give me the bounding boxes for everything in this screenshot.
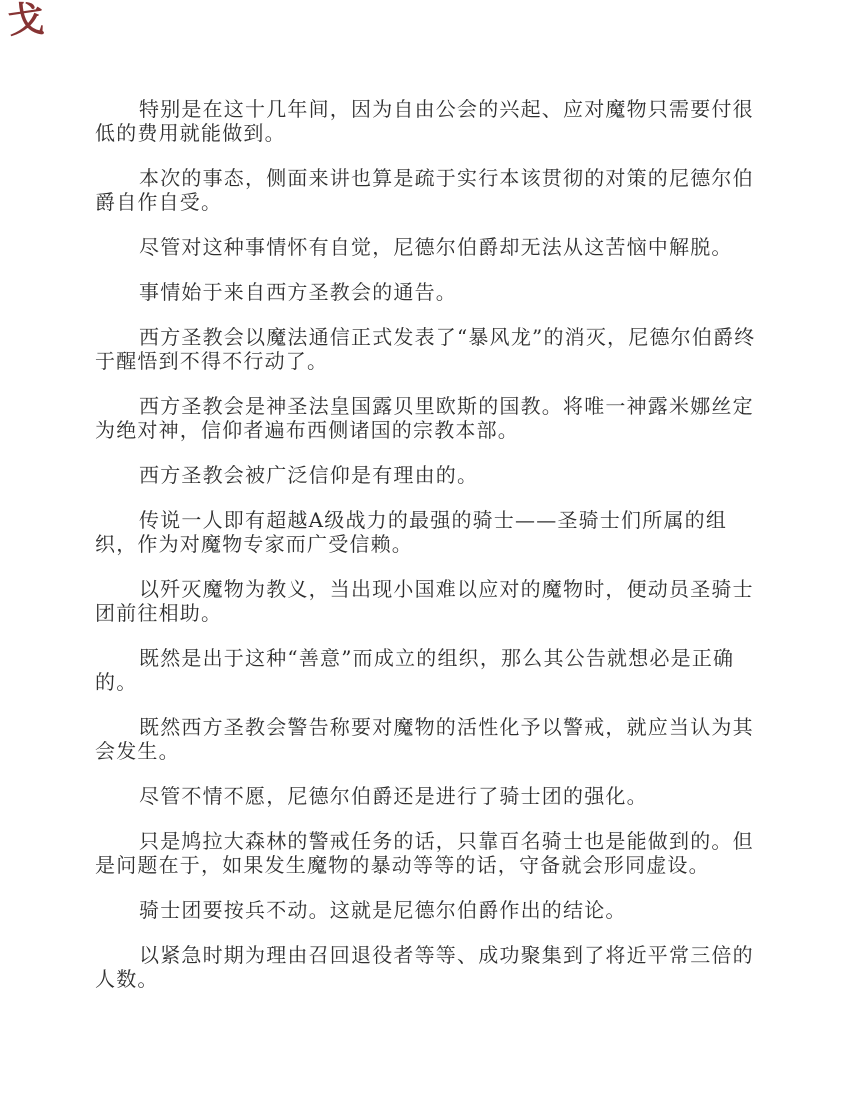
paragraph: 尽管不情不愿，尼德尔伯爵还是进行了骑士团的强化。 <box>95 784 785 808</box>
paragraph-line: 骑士团要按兵不动。这就是尼德尔伯爵作出的结论。 <box>95 898 785 922</box>
paragraph-line: 以歼灭魔物为教义，当出现小国难以应对的魔物时，便动员圣骑士 <box>95 577 785 601</box>
paragraph: 骑士团要按兵不动。这就是尼德尔伯爵作出的结论。 <box>95 898 785 922</box>
paragraph: 西方圣教会以魔法通信正式发表了“暴风龙”的消灭，尼德尔伯爵终 于醒悟到不得不行动… <box>95 325 785 373</box>
paragraph-line: 为绝对神，信仰者遍布西侧诸国的宗教本部。 <box>95 418 785 442</box>
paragraph-line: 团前往相助。 <box>95 601 785 625</box>
paragraph-line: 于醒悟到不得不行动了。 <box>95 349 785 373</box>
paragraph-line: 西方圣教会以魔法通信正式发表了“暴风龙”的消灭，尼德尔伯爵终 <box>95 325 785 349</box>
paragraph: 事情始于来自西方圣教会的通告。 <box>95 280 785 304</box>
paragraph: 既然是出于这种“善意”而成立的组织，那么其公告就想必是正确 的。 <box>95 646 785 694</box>
paragraph: 西方圣教会是神圣法皇国露贝里欧斯的国教。将唯一神露米娜丝定 为绝对神，信仰者遍布… <box>95 394 785 442</box>
paragraph-line: 本次的事态，侧面来讲也算是疏于实行本该贯彻的对策的尼德尔伯 <box>95 166 785 190</box>
paragraph: 既然西方圣教会警告称要对魔物的活性化予以警戒，就应当认为其 会发生。 <box>95 715 785 763</box>
paragraph: 以紧急时期为理由召回退役者等等、成功聚集到了将近平常三倍的 人数。 <box>95 943 785 991</box>
paragraph: 本次的事态，侧面来讲也算是疏于实行本该贯彻的对策的尼德尔伯 爵自作自受。 <box>95 166 785 214</box>
paragraph-line: 是问题在于，如果发生魔物的暴动等等的话，守备就会形同虚设。 <box>95 853 785 877</box>
paragraph-line: 爵自作自受。 <box>95 190 785 214</box>
paragraph: 特别是在这十几年间，因为自由公会的兴起、应对魔物只需要付很 低的费用就能做到。 <box>95 97 785 145</box>
paragraph-line: 尽管对这种事情怀有自觉，尼德尔伯爵却无法从这苦恼中解脱。 <box>95 235 785 259</box>
paragraph-line: 传说一人即有超越A级战力的最强的骑士——圣骑士们所属的组 <box>95 508 785 532</box>
novel-text-body: 特别是在这十几年间，因为自由公会的兴起、应对魔物只需要付很 低的费用就能做到。 … <box>95 97 785 1012</box>
novel-page: 戈 特别是在这十几年间，因为自由公会的兴起、应对魔物只需要付很 低的费用就能做到… <box>0 0 850 1100</box>
red-ink-mark: 戈 <box>7 1 45 39</box>
paragraph-line: 既然是出于这种“善意”而成立的组织，那么其公告就想必是正确 <box>95 646 785 670</box>
paragraph: 只是鸠拉大森林的警戒任务的话，只靠百名骑士也是能做到的。但 是问题在于，如果发生… <box>95 829 785 877</box>
paragraph-line: 人数。 <box>95 967 785 991</box>
paragraph-line: 低的费用就能做到。 <box>95 121 785 145</box>
paragraph: 传说一人即有超越A级战力的最强的骑士——圣骑士们所属的组 织，作为对魔物专家而广… <box>95 508 785 556</box>
paragraph-line: 会发生。 <box>95 739 785 763</box>
paragraph-line: 既然西方圣教会警告称要对魔物的活性化予以警戒，就应当认为其 <box>95 715 785 739</box>
paragraph: 西方圣教会被广泛信仰是有理由的。 <box>95 463 785 487</box>
paragraph-line: 西方圣教会被广泛信仰是有理由的。 <box>95 463 785 487</box>
paragraph-line: 特别是在这十几年间，因为自由公会的兴起、应对魔物只需要付很 <box>95 97 785 121</box>
paragraph-line: 尽管不情不愿，尼德尔伯爵还是进行了骑士团的强化。 <box>95 784 785 808</box>
paragraph-line: 织，作为对魔物专家而广受信赖。 <box>95 532 785 556</box>
paragraph-line: 西方圣教会是神圣法皇国露贝里欧斯的国教。将唯一神露米娜丝定 <box>95 394 785 418</box>
paragraph-line: 事情始于来自西方圣教会的通告。 <box>95 280 785 304</box>
paragraph-line: 的。 <box>95 670 785 694</box>
paragraph: 尽管对这种事情怀有自觉，尼德尔伯爵却无法从这苦恼中解脱。 <box>95 235 785 259</box>
paragraph-line: 以紧急时期为理由召回退役者等等、成功聚集到了将近平常三倍的 <box>95 943 785 967</box>
paragraph: 以歼灭魔物为教义，当出现小国难以应对的魔物时，便动员圣骑士 团前往相助。 <box>95 577 785 625</box>
paragraph-line: 只是鸠拉大森林的警戒任务的话，只靠百名骑士也是能做到的。但 <box>95 829 785 853</box>
